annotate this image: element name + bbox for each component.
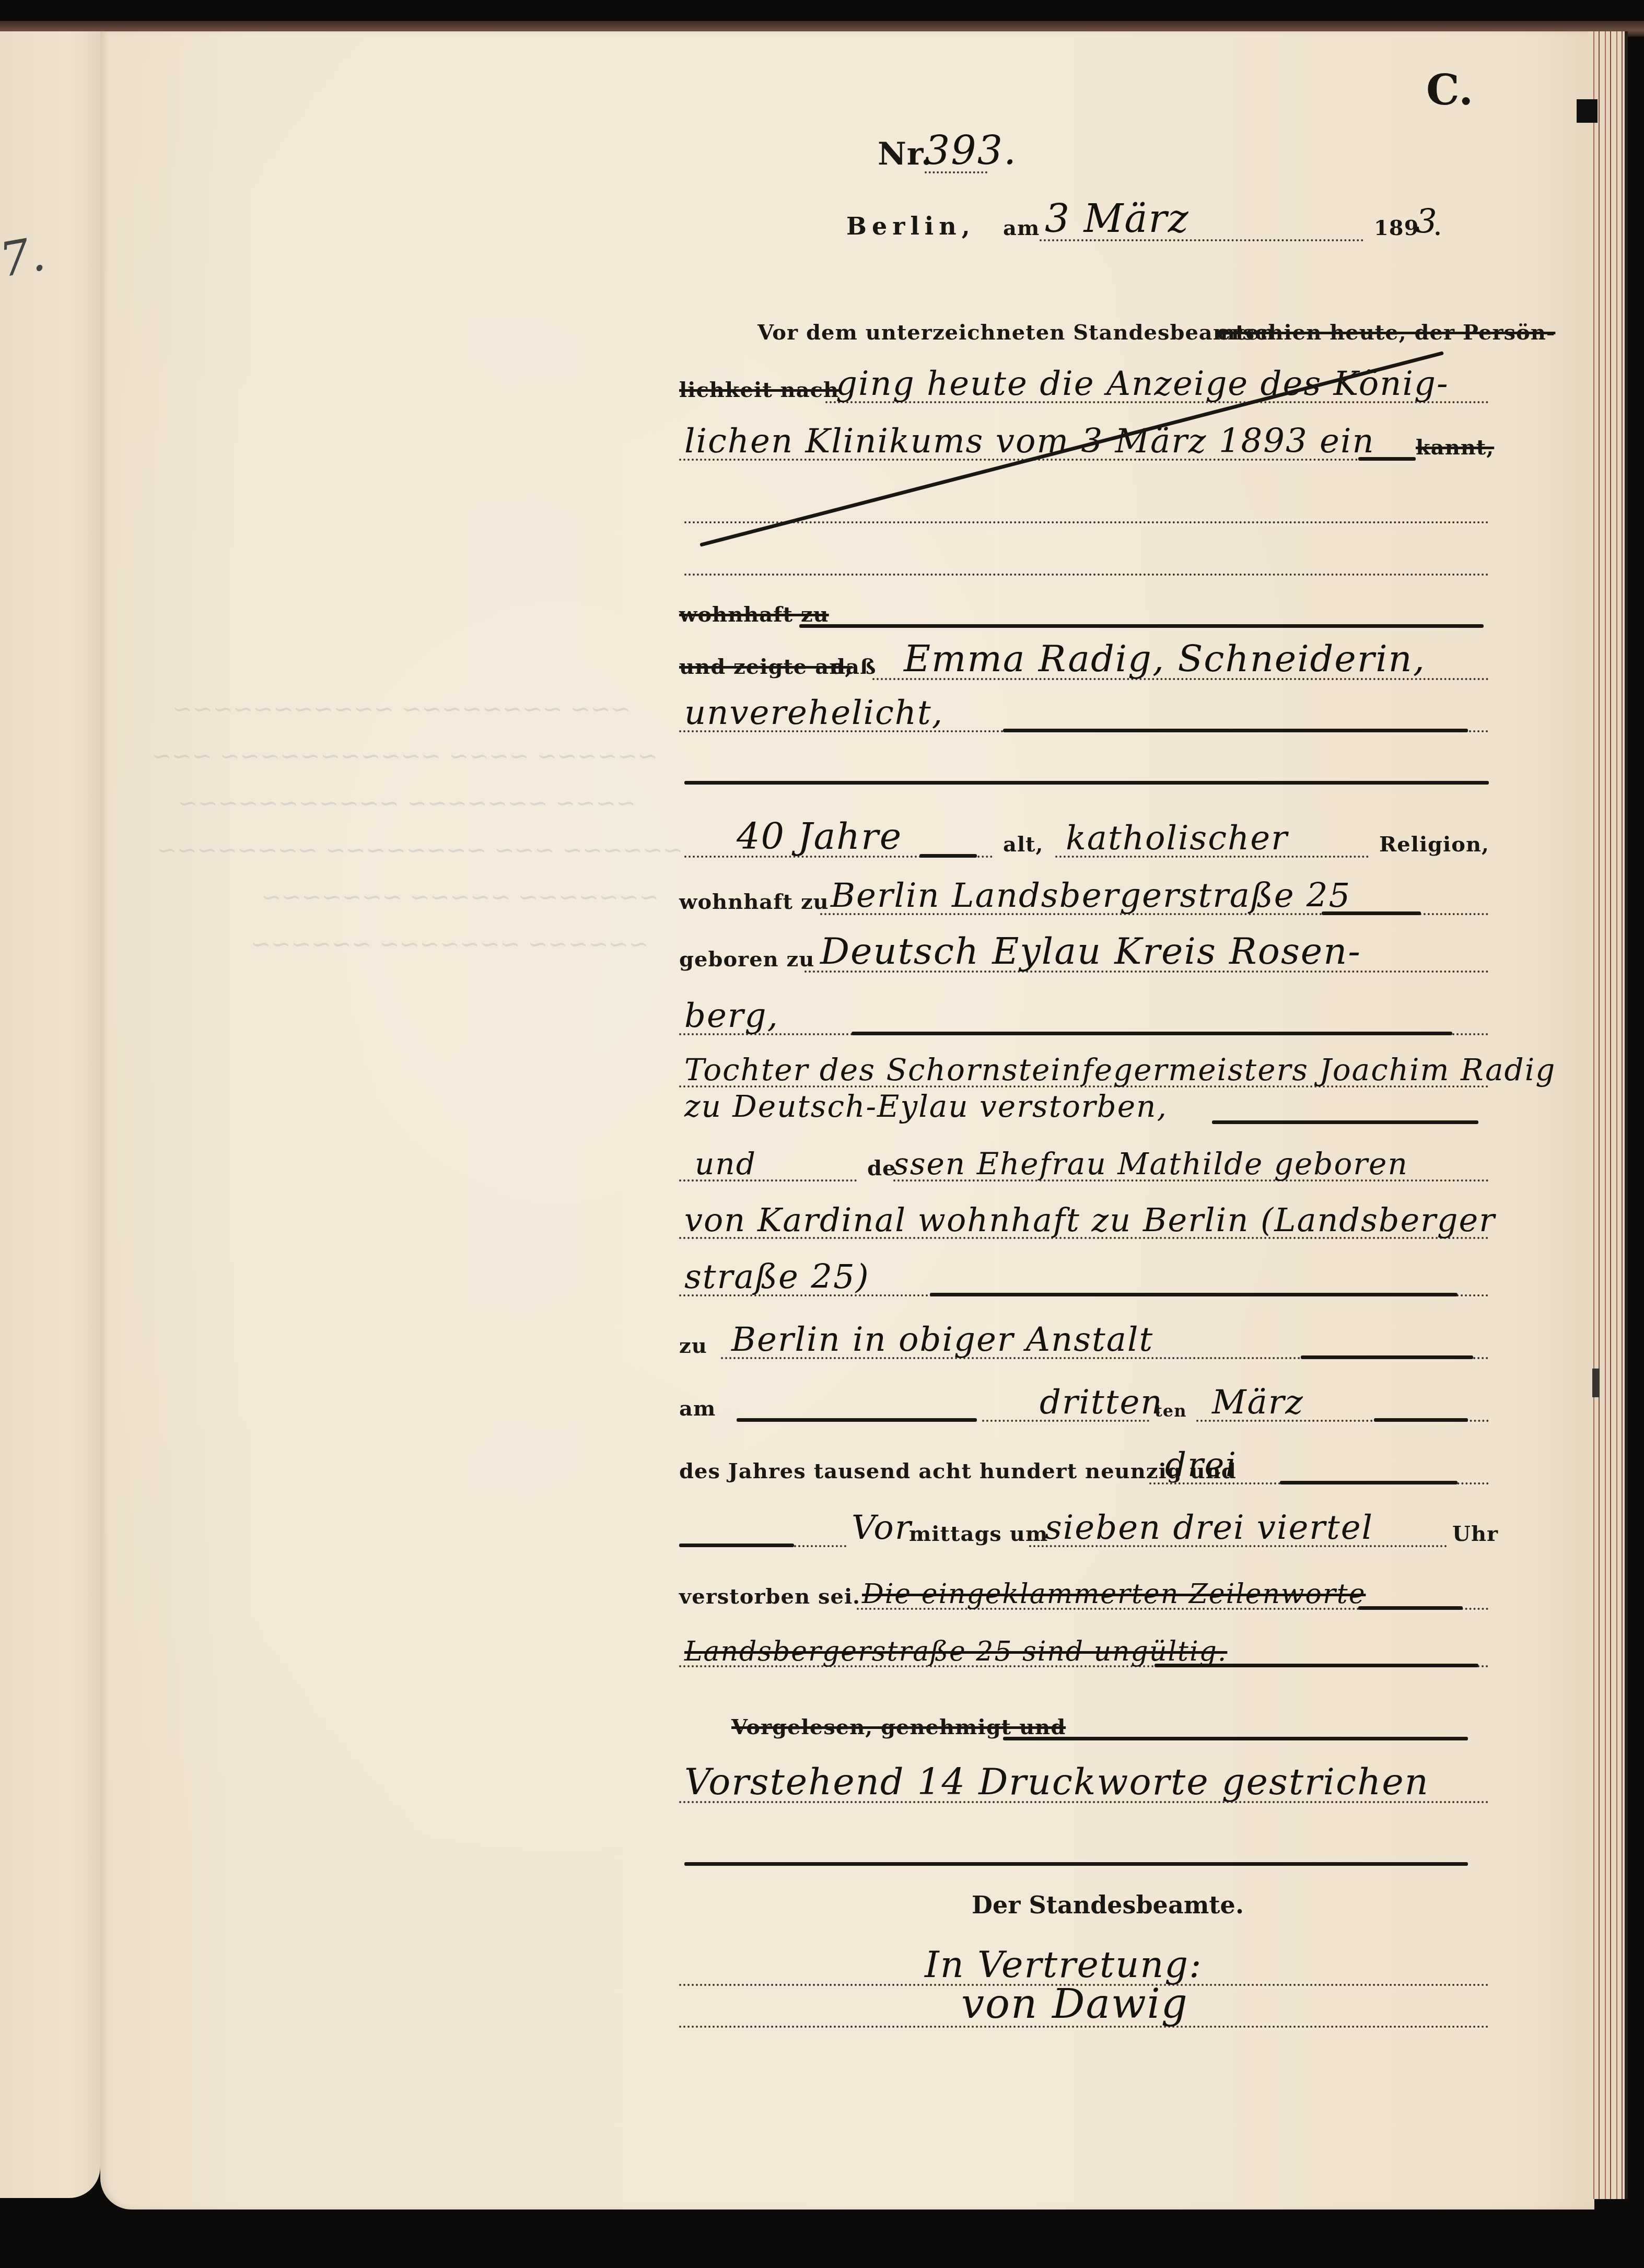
bleed-through-text: ~~~~~~ ~~~ ~~~~~~~~ ~~~~~~~~ (157, 836, 683, 864)
intro-struck: lichkeit nach (679, 378, 839, 402)
parents-row-4: von Kardinal wohnhaft zu Berlin (Landsbe… (679, 1180, 1494, 1243)
verstorben-row: verstorben sei. Die eingeklammerten Zeil… (679, 1551, 1494, 1614)
closing-note: Vorstehend 14 Druckworte gestrichen (684, 1760, 1429, 1803)
blank-row (679, 1807, 1494, 1870)
zu-label: zu (679, 1334, 707, 1358)
bleed-through-text: ~~~ ~~~~~~~~ ~~~~~~~~~~~ (172, 695, 631, 723)
year-phrase: des Jahres tausend acht hundert neunzig … (679, 1459, 1237, 1483)
cancel-bar (684, 1862, 1468, 1866)
intro-row-2: lichkeit nach ging heute die Anzeige des… (679, 345, 1494, 407)
bleed-through-text: ~~~~~~~ ~~~~~ ~~~~~~~ (261, 883, 659, 911)
signature-row-2: von Dawig (679, 1969, 1494, 2032)
date-row: Berlin, am 3 März 189 3 . (679, 183, 1494, 245)
dotted-line (794, 1545, 846, 1547)
intro-handwritten: lichen Klinikums vom 3 März 1893 ein (684, 422, 1375, 461)
page-tab-marker (1577, 99, 1598, 123)
death-date-row: am dritten ten März (679, 1363, 1494, 1426)
und: und (695, 1146, 756, 1182)
intro-printed: Vor dem unterzeichneten Standesbeamten (757, 320, 1275, 345)
left-margin-mark: 7. (0, 226, 49, 288)
birthplace: Deutsch Eylau Kreis Rosen- (820, 930, 1361, 973)
bleed-through-text: ~~~~ ~~~~~~~ ~~~~~~~~~~~ (178, 789, 636, 817)
alt-label: alt, (1003, 832, 1044, 857)
intro-row-1: Vor dem unterzeichneten Standesbeamten e… (679, 287, 1494, 350)
death-place: Berlin in obiger Anstalt (731, 1320, 1153, 1359)
residence: Berlin Landsbergerstraße 25 (831, 876, 1351, 915)
am-label: am (679, 1396, 716, 1421)
page-letter: C. (1426, 65, 1473, 114)
death-time-row: Vor mittags um sieben drei viertel Uhr (679, 1489, 1494, 1551)
death-place-row: zu Berlin in obiger Anstalt (679, 1301, 1494, 1363)
cancel-bar (737, 1418, 977, 1422)
cancel-bar (1003, 1737, 1468, 1740)
father-residence: zu Deutsch-Eylau verstorben, (684, 1089, 1168, 1124)
wohnhaft-label: wohnhaft zu (679, 890, 829, 914)
mother-info: ssen Ehefrau Mathilde geboren (893, 1146, 1408, 1182)
bleed-through-text: ~~~~~~ ~~~~ ~~~~~~~~~~~ ~~~ (151, 742, 658, 770)
death-year-row: des Jahres tausend acht hundert neunzig … (679, 1426, 1494, 1489)
correction-note: Landsbergerstraße 25 sind ungültig. (684, 1636, 1227, 1667)
place-label: Berlin, (846, 212, 975, 240)
signature-title: Der Standesbeamte. (972, 1891, 1244, 1919)
cancel-bar (679, 1544, 794, 1547)
signature-name: von Dawig (961, 1981, 1188, 2028)
kannt-struck: kannt, (1416, 435, 1494, 460)
residence-row: wohnhaft zu Berlin Landsbergerstraße 25 (679, 857, 1494, 919)
entry-number: 393. (925, 127, 1017, 173)
bleed-through-text: ~~~~~~ ~~~~~~~ ~~~~~~ (251, 930, 649, 958)
parents-row-5: straße 25) (679, 1238, 1494, 1301)
vor-prefix: Vor (852, 1509, 912, 1547)
cancel-bar (1155, 1664, 1478, 1667)
cancel-bar (684, 781, 1489, 785)
closing-row: Vorstehend 14 Druckworte gestrichen (679, 1745, 1494, 1807)
year-printed: 189 (1374, 216, 1419, 240)
ten-label: ten (1155, 1401, 1186, 1421)
uhr-label: Uhr (1452, 1522, 1498, 1546)
verstorben-label: verstorben sei. (679, 1584, 860, 1609)
year-end: . (1434, 216, 1442, 240)
cancel-bar (1280, 1481, 1458, 1484)
religion-label: Religion, (1379, 832, 1489, 857)
cancel-bar (1301, 1355, 1473, 1359)
registration-date: 3 März (1045, 196, 1190, 241)
age: 40 Jahre (737, 815, 902, 858)
cancel-bar (930, 1293, 1458, 1296)
religion: katholischer (1066, 819, 1288, 858)
age-religion-row: 40 Jahre alt, katholischer Religion, (679, 799, 1494, 862)
am-label: am (1003, 216, 1040, 240)
left-page: 7. (0, 31, 100, 2198)
death-time: sieben drei viertel (1045, 1509, 1373, 1547)
note-row-2: Landsbergerstraße 25 sind ungültig. (679, 1609, 1494, 1671)
entry-number-row: Nr. 393. (679, 115, 1494, 178)
mother-residence-continued: straße 25) (684, 1258, 870, 1296)
vorgelesen-struck: Vorgelesen, genehmigt und (731, 1715, 1066, 1739)
parents-row-2: zu Deutsch-Eylau verstorben, (679, 1066, 1494, 1128)
de-label: de (867, 1156, 896, 1180)
death-year-word: drei (1165, 1446, 1237, 1484)
blank-row (679, 726, 1494, 789)
death-month: März (1212, 1383, 1304, 1422)
page-stack-edge (1588, 31, 1628, 2199)
intro-row-3: lichen Klinikums vom 3 März 1893 ein kan… (679, 402, 1494, 465)
intro-struck: erschien heute, der Persön- (1217, 320, 1555, 345)
parents-row-3: und de ssen Ehefrau Mathilde geboren (679, 1123, 1494, 1186)
page-tab-marker (1592, 1369, 1600, 1397)
cancel-bar (1374, 1418, 1468, 1422)
cancel-bar (1358, 457, 1416, 461)
vorgelesen-row: Vorgelesen, genehmigt und (679, 1682, 1494, 1745)
correction-note: Die eingeklammerten Zeilenworte (862, 1579, 1366, 1610)
birthplace-row-1: geboren zu Deutsch Eylau Kreis Rosen- (679, 914, 1494, 977)
mittags-label: mittags um (909, 1522, 1048, 1546)
death-day: dritten (1040, 1383, 1163, 1422)
geboren-label: geboren zu (679, 947, 814, 972)
mother-maiden-name-residence: von Kardinal wohnhaft zu Berlin (Landsbe… (684, 1201, 1496, 1239)
intro-handwritten: ging heute die Anzeige des König- (836, 365, 1449, 403)
